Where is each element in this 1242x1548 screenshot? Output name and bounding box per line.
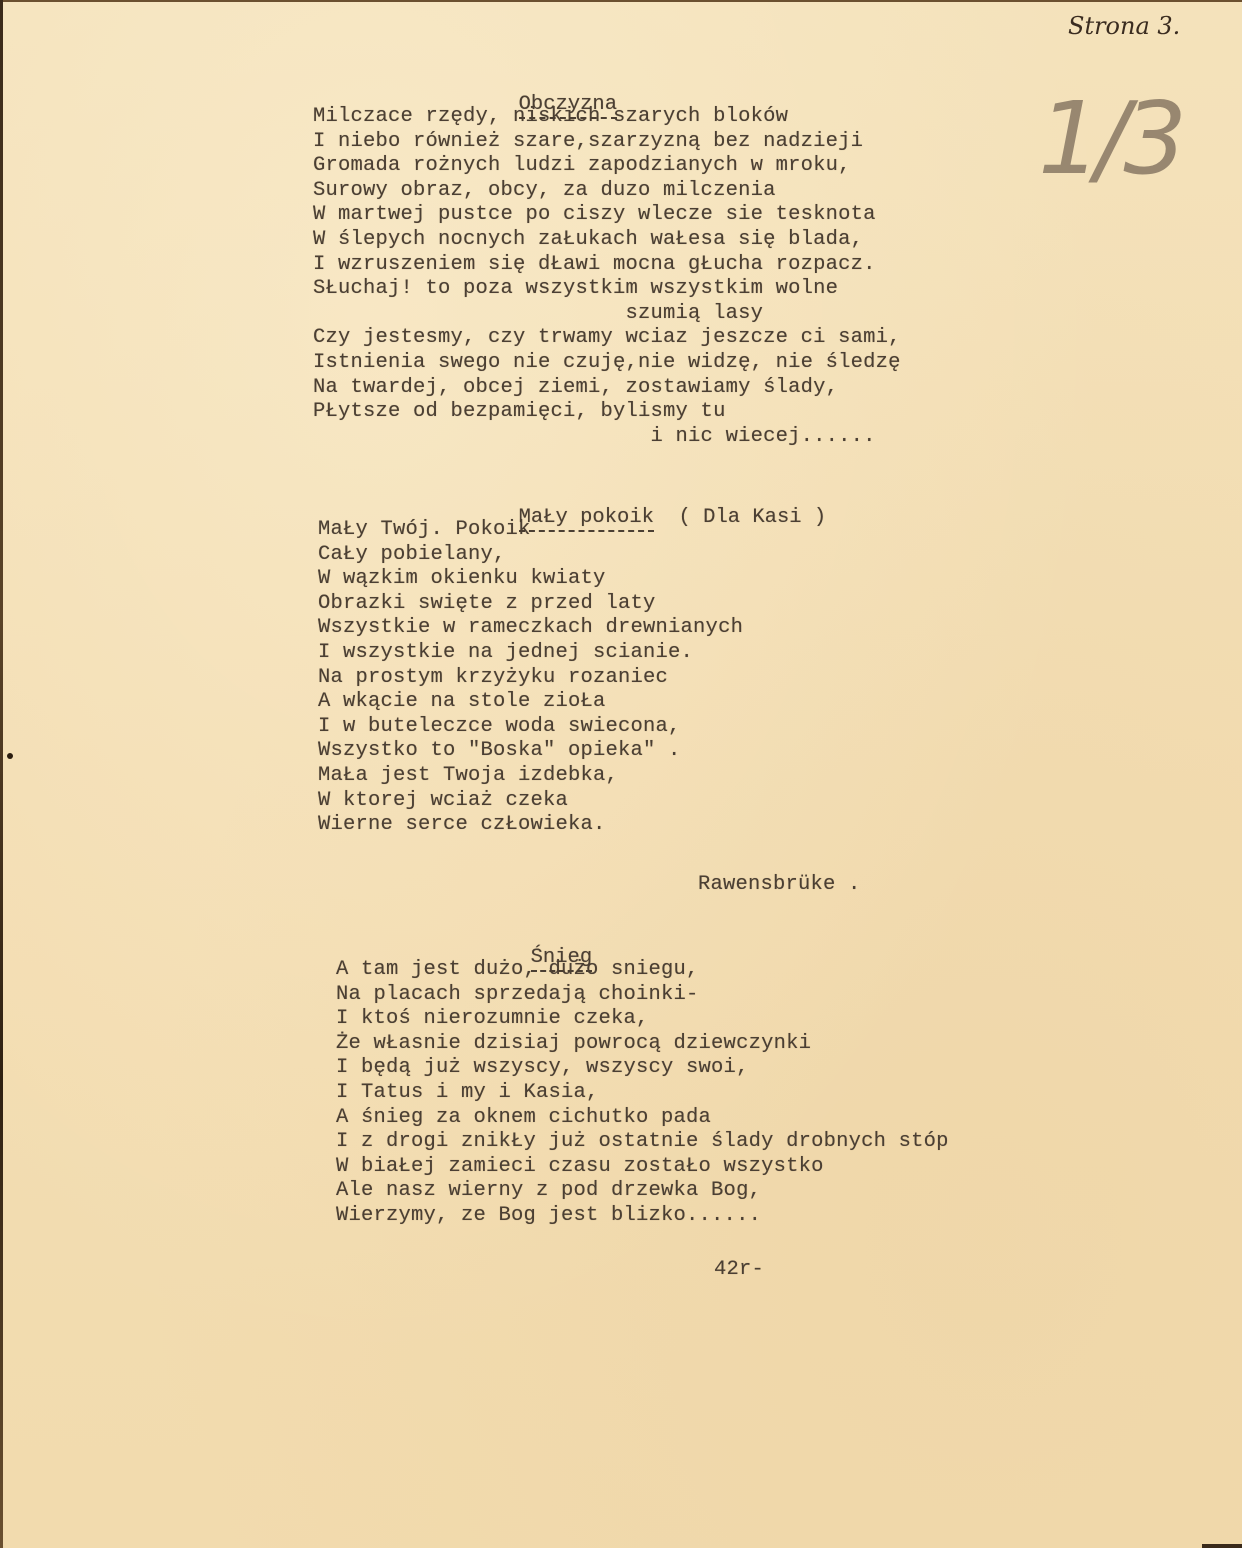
poem-line: A tam jest dużo, dużo sniegu, bbox=[336, 958, 949, 983]
poem-line: Na prostym krzyżyku rozaniec bbox=[318, 666, 743, 691]
page-number: 42r- bbox=[714, 1258, 764, 1283]
poem-line: Surowy obraz, obcy, za duzo milczenia bbox=[313, 179, 901, 204]
poem-line: I ktoś nierozumnie czeka, bbox=[336, 1007, 949, 1032]
poem-line: W ślepych nocnych zaŁukach waŁesa się bl… bbox=[313, 228, 901, 253]
poem-line: Wszystko to "Boska" opieka" . bbox=[318, 739, 743, 764]
poem-line: szumią lasy bbox=[313, 302, 901, 327]
page-label-handwritten: Strona 3. bbox=[1068, 12, 1180, 40]
poem-line: A wkącie na stole zioŁa bbox=[318, 690, 743, 715]
poem-line: Że wŁasnie dzisiaj powrocą dziewczynki bbox=[336, 1032, 949, 1057]
poem-line: I wzruszeniem się dŁawi mocna gŁucha roz… bbox=[313, 253, 901, 278]
poem-line: W wązkim okienku kwiaty bbox=[318, 567, 743, 592]
poem-line: I będą już wszyscy, wszyscy swoi, bbox=[336, 1056, 949, 1081]
poem-line: Milczace rzędy, niskich szarych bloków bbox=[313, 105, 901, 130]
poem-line: PŁytsze od bezpamięci, bylismy tu bbox=[313, 400, 901, 425]
poem-line: i nic wiecej...... bbox=[313, 425, 901, 450]
poem-line: Wszystkie w rameczkach drewnianych bbox=[318, 616, 743, 641]
poem-line: MaŁy Twój. Pokoik bbox=[318, 518, 743, 543]
poem-line: I niebo również szare,szarzyzną bez nadz… bbox=[313, 130, 901, 155]
poem-line: Obrazki swięte z przed laty bbox=[318, 592, 743, 617]
poem-line: Wierzymy, ze Bog jest blizko...... bbox=[336, 1204, 949, 1229]
poem-line: I z drogi znikŁy już ostatnie ślady drob… bbox=[336, 1130, 949, 1155]
poem-line: W martwej pustce po ciszy wlecze sie tes… bbox=[313, 203, 901, 228]
scan-edge-top bbox=[0, 0, 1242, 2]
poem-line: I Tatus i my i Kasia, bbox=[336, 1081, 949, 1106]
poem-line: Gromada rożnych ludzi zapodzianych w mro… bbox=[313, 154, 901, 179]
poem-signature-place: Rawensbrüke . bbox=[698, 873, 861, 898]
poem-line: W biaŁej zamieci czasu zostaŁo wszystko bbox=[336, 1155, 949, 1180]
scan-edge-corner bbox=[1202, 1544, 1242, 1548]
poem-line: Na twardej, obcej ziemi, zostawiamy ślad… bbox=[313, 376, 901, 401]
poem-line: MaŁa jest Twoja izdebka, bbox=[318, 764, 743, 789]
poem-line: W ktorej wciaż czeka bbox=[318, 789, 743, 814]
poem-line: I w buteleczce woda swiecona, bbox=[318, 715, 743, 740]
poem-line: Ale nasz wierny z pod drzewka Bog, bbox=[336, 1179, 949, 1204]
poem-line: Na placach sprzedają choinki- bbox=[336, 983, 949, 1008]
poem-line: Czy jestesmy, czy trwamy wciaz jeszcze c… bbox=[313, 326, 901, 351]
poem-body-maly-pokoik: MaŁy Twój. PokoikCaŁy pobielany,W wązkim… bbox=[318, 518, 743, 838]
poem-body-snieg: A tam jest dużo, dużo sniegu,Na placach … bbox=[336, 958, 949, 1229]
scan-edge-left bbox=[0, 0, 3, 1548]
poem-body-obczyzna: Milczace rzędy, niskich szarych blokówI … bbox=[313, 105, 901, 449]
poem-line: SŁuchaj! to poza wszystkim wszystkim wol… bbox=[313, 277, 901, 302]
poem-line: Wierne serce czŁowieka. bbox=[318, 813, 743, 838]
poem-line: I wszystkie na jednej scianie. bbox=[318, 641, 743, 666]
margin-mark bbox=[7, 753, 13, 759]
poem-line: A śnieg za oknem cichutko pada bbox=[336, 1106, 949, 1131]
folio-number-handwritten: 1/3 bbox=[1038, 80, 1181, 197]
poem-line: CaŁy pobielany, bbox=[318, 543, 743, 568]
poem-line: Istnienia swego nie czuję,nie widzę, nie… bbox=[313, 351, 901, 376]
